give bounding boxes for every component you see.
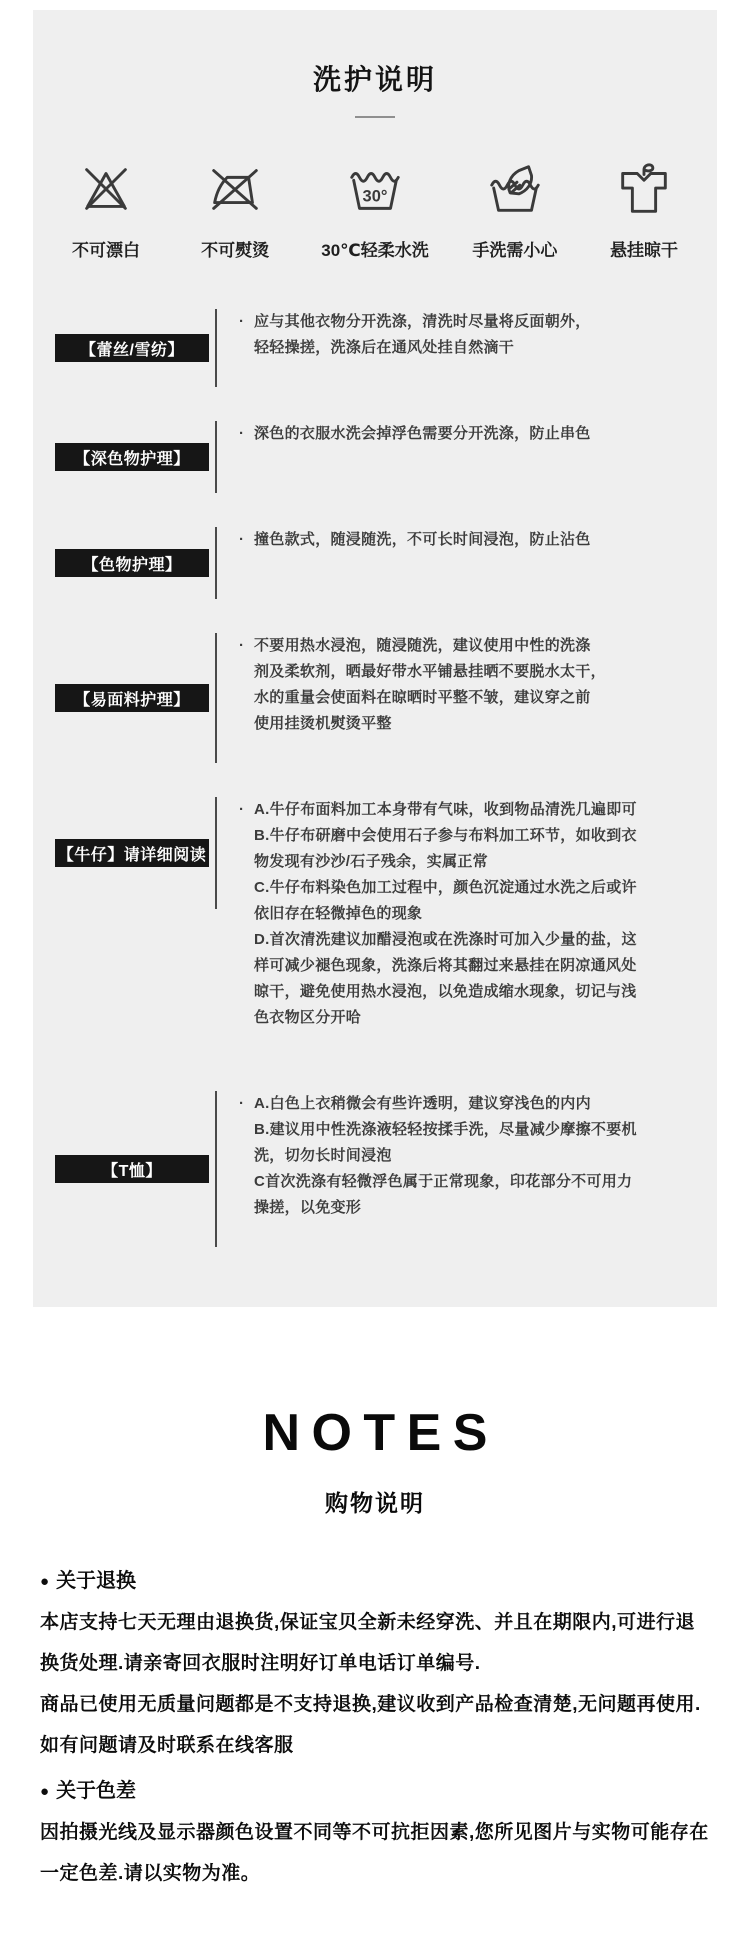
care-section-label: 【蕾丝/雪纺】 [55,334,209,362]
title-underline [355,116,395,118]
care-section-labelcol: 【深色物护理】 [33,421,215,493]
care-section-label: 【易面料护理】 [55,684,209,712]
bullet-dot-icon: · [239,1091,244,1117]
care-text-line: 深色的衣服水洗会掉浮色需要分开洗涤，防止串色 [254,421,591,447]
hand-wash-icon [484,158,546,220]
care-section-text: · 不要用热水浸泡，随浸随洗，建议使用中性的洗涤剂及柔软剂，晒最好带水平铺悬挂晒… [239,633,632,763]
care-panel: 洗护说明 不可漂白 [33,10,717,1307]
note-paragraph: 因拍摄光线及显示器颜色设置不同等不可抗拒因素,您所见图片与实物可能存在一定色差.… [40,1812,710,1894]
section-divider [215,421,217,493]
care-section-labelcol: 【蕾丝/雪纺】 [33,309,215,387]
care-section-labelcol: 【色物护理】 [33,527,215,599]
care-section-lines: 撞色款式，随浸随洗，不可长时间浸泡，防止沾色 [254,527,591,553]
care-icon-label: 悬挂晾干 [610,236,678,261]
care-text-line: 依旧存在轻微掉色的现象 [254,901,637,927]
bullet-circle-icon: ● [40,1574,49,1589]
product-care-page: 洗护说明 不可漂白 [0,10,750,1950]
notes-section: NOTES 购物说明 ●关于退换本店支持七天无理由退换货,保证宝贝全新未经穿洗、… [0,1307,750,1950]
care-text-line: 晾干，避免使用热水浸泡，以免造成缩水现象，切记与浅 [254,979,637,1005]
care-section-labelcol: 【易面料护理】 [33,633,215,763]
care-icons-row: 不可漂白 不可熨烫 30° [33,158,717,261]
bullet-dot-icon: · [239,309,244,335]
care-text-line: 轻轻操搓，洗涤后在通风处挂自然滴干 [254,335,591,361]
care-icon-label: 30℃轻柔水洗 [321,236,429,261]
notes-title: NOTES [40,1403,710,1463]
care-icon-label: 手洗需小心 [472,236,557,261]
care-section-label: 【色物护理】 [55,549,209,577]
care-section-lines: A.白色上衣稍微会有些许透明，建议穿浅色的内内B.建议用中性洗涤液轻轻按揉手洗，… [254,1091,637,1221]
care-section-row: 【T恤】 · A.白色上衣稍微会有些许透明，建议穿浅色的内内B.建议用中性洗涤液… [33,1091,717,1247]
care-section-labelcol: 【牛仔】请详细阅读 [33,797,215,909]
care-section-text: · 应与其他衣物分开洗涤，清洗时尽量将反面朝外，轻轻操搓，洗涤后在通风处挂自然滴… [239,309,617,387]
bullet-dot-icon: · [239,421,244,447]
care-text-line: C.牛仔布料染色加工过程中，颜色沉淀通过水洗之后或许 [254,875,637,901]
section-divider [215,1091,217,1247]
hang-dry-icon [613,158,675,220]
care-text-line: 剂及柔软剂，晒最好带水平铺悬挂晒不要脱水太干， [254,659,606,685]
care-section-row: 【色物护理】 · 撞色款式，随浸随洗，不可长时间浸泡，防止沾色 [33,527,717,599]
care-text-line: B.建议用中性洗涤液轻轻按揉手洗，尽量减少摩擦不要机 [254,1117,637,1143]
care-text-line: 物发现有沙沙/石子残余，实属正常 [254,849,637,875]
care-section-row: 【易面料护理】 · 不要用热水浸泡，随浸随洗，建议使用中性的洗涤剂及柔软剂，晒最… [33,633,717,763]
care-section-lines: A.牛仔布面料加工本身带有气味，收到物品清洗几遍即可B.牛仔布研磨中会使用石子参… [254,797,637,1031]
care-section-labelcol: 【T恤】 [33,1091,215,1247]
wash-30-icon: 30° [344,158,406,220]
care-section-row: 【蕾丝/雪纺】 · 应与其他衣物分开洗涤，清洗时尽量将反面朝外，轻轻操搓，洗涤后… [33,309,717,387]
section-divider [215,633,217,763]
care-text-line: 色衣物区分开哈 [254,1005,637,1031]
care-text-line: A.牛仔布面料加工本身带有气味，收到物品清洗几遍即可 [254,797,637,823]
section-divider [215,309,217,387]
care-section-row: 【深色物护理】 · 深色的衣服水洗会掉浮色需要分开洗涤，防止串色 [33,421,717,493]
note-paragraph: 本店支持七天无理由退换货,保证宝贝全新未经穿洗、并且在期限内,可进行退换货处理.… [40,1602,710,1684]
care-text-line: 应与其他衣物分开洗涤，清洗时尽量将反面朝外， [254,309,591,335]
bullet-circle-icon: ● [40,1784,49,1799]
care-icon-label: 不可漂白 [72,236,140,261]
care-section-text: · 深色的衣服水洗会掉浮色需要分开洗涤，防止串色 [239,421,617,493]
care-section-lines: 不要用热水浸泡，随浸随洗，建议使用中性的洗涤剂及柔软剂，晒最好带水平铺悬挂晒不要… [254,633,606,737]
care-icon-col-hand-wash: 手洗需小心 [472,158,558,261]
care-section-label: 【深色物护理】 [55,443,209,471]
care-text-line: 使用挂烫机熨烫平整 [254,711,606,737]
care-text-line: C首次洗涤有轻微浮色属于正常现象，印花部分不可用力 [254,1169,637,1195]
care-icon-col-wash-30: 30° 30℃轻柔水洗 [321,158,429,261]
care-section-lines: 深色的衣服水洗会掉浮色需要分开洗涤，防止串色 [254,421,591,447]
care-text-line: D.首次清洗建议加醋浸泡或在洗涤时可加入少量的盐，这 [254,927,637,953]
note-heading-text: 关于色差 [56,1770,136,1812]
care-text-line: A.白色上衣稍微会有些许透明，建议穿浅色的内内 [254,1091,637,1117]
note-heading-text: 关于退换 [56,1560,136,1602]
care-text-line: B.牛仔布研磨中会使用石子参与布料加工环节，如收到衣 [254,823,637,849]
care-text-line: 洗，切勿长时间浸泡 [254,1143,637,1169]
wash-temp-badge: 30° [363,188,388,206]
bullet-dot-icon: · [239,633,244,659]
care-section-text: · A.白色上衣稍微会有些许透明，建议穿浅色的内内B.建议用中性洗涤液轻轻按揉手… [239,1091,663,1247]
no-iron-icon [204,158,266,220]
notes-body: ●关于退换本店支持七天无理由退换货,保证宝贝全新未经穿洗、并且在期限内,可进行退… [40,1560,710,1894]
no-bleach-icon [75,158,137,220]
care-icon-col-hang-dry: 悬挂晾干 [601,158,687,261]
section-divider [215,797,217,909]
note-heading: ●关于色差 [40,1770,710,1812]
care-icon-label: 不可熨烫 [201,236,269,261]
care-section-label: 【T恤】 [55,1155,209,1183]
care-title: 洗护说明 [33,58,717,98]
care-text-line: 不要用热水浸泡，随浸随洗，建议使用中性的洗涤 [254,633,606,659]
care-section-text: · A.牛仔布面料加工本身带有气味，收到物品清洗几遍即可B.牛仔布研磨中会使用石… [239,797,663,1057]
care-icon-col-no-iron: 不可熨烫 [192,158,278,261]
care-section-text: · 撞色款式，随浸随洗，不可长时间浸泡，防止沾色 [239,527,617,599]
note-heading: ●关于退换 [40,1560,710,1602]
care-sections: 【蕾丝/雪纺】 · 应与其他衣物分开洗涤，清洗时尽量将反面朝外，轻轻操搓，洗涤后… [33,309,717,1247]
bullet-dot-icon: · [239,527,244,553]
care-text-line: 水的重量会使面料在晾晒时平整不皱，建议穿之前 [254,685,606,711]
note-paragraph: 商品已使用无质量问题都是不支持退换,建议收到产品检查清楚,无问题再使用.如有问题… [40,1684,710,1766]
care-text-line: 操搓，以免变形 [254,1195,637,1221]
care-text-line: 样可减少褪色现象，洗涤后将其翻过来悬挂在阴凉通风处 [254,953,637,979]
notes-subtitle: 购物说明 [40,1485,710,1518]
bullet-dot-icon: · [239,797,244,823]
care-text-line: 撞色款式，随浸随洗，不可长时间浸泡，防止沾色 [254,527,591,553]
care-icon-col-no-bleach: 不可漂白 [63,158,149,261]
care-section-label: 【牛仔】请详细阅读 [55,839,209,867]
care-section-lines: 应与其他衣物分开洗涤，清洗时尽量将反面朝外，轻轻操搓，洗涤后在通风处挂自然滴干 [254,309,591,361]
care-section-row: 【牛仔】请详细阅读 · A.牛仔布面料加工本身带有气味，收到物品清洗几遍即可B.… [33,797,717,1057]
section-divider [215,527,217,599]
